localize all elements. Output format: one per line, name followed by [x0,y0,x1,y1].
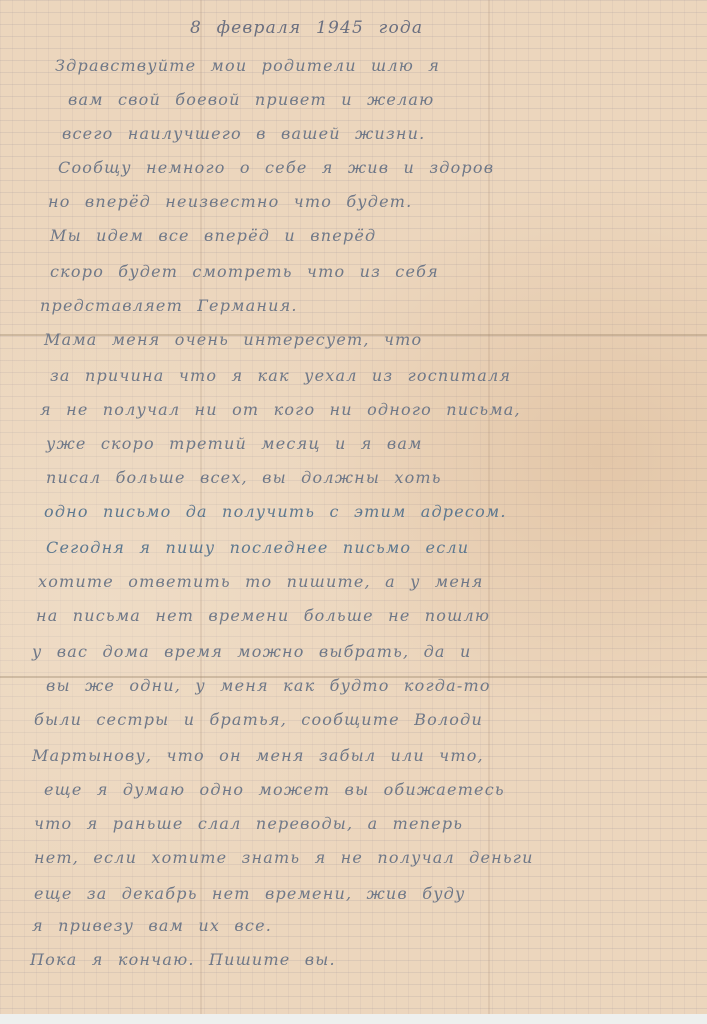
letter-line: еще за декабрь нет времени, жив буду [34,884,466,903]
letter-line: я привезу вам их все. [32,916,272,935]
letter-line: скоро будет смотреть что из себя [50,262,439,281]
letter-line: Мартынову, что он меня забыл или что, [32,746,484,765]
letter-line: что я раньше слал переводы, а теперь [34,814,463,833]
letter-line: вы же одни, у меня как будто когда-то [46,676,491,695]
letter-line: у вас дома время можно выбрать, да и [32,642,471,661]
letter-line: Здравствуйте мои родители шлю я [55,56,440,75]
letter-line: Мы идем все вперёд и вперёд [50,226,376,245]
scan-margin [0,1014,707,1024]
letter-line: я не получал ни от кого ни одного письма… [40,400,521,419]
letter-closing: Пока я кончаю. Пишите вы. [30,950,336,969]
letter-line: хотите ответить то пишите, а у меня [38,572,484,591]
letter-line: но вперёд неизвестно что будет. [48,192,412,211]
letter-line: за причина что я как уехал из госпиталя [50,366,511,385]
letter-date: 8 февраля 1945 года [190,18,423,38]
letter-line: на письма нет времени больше не пошлю [36,606,490,625]
letter-line: писал больше всех, вы должны хоть [46,468,442,487]
letter-line: Сообщу немного о себе я жив и здоров [58,158,494,177]
letter-line: представляет Германия. [40,296,298,315]
letter-line: еще я думаю одно может вы обижаетесь [44,780,505,799]
letter-line: всего наилучшего в вашей жизни. [62,124,425,143]
letter-line: нет, если хотите знать я не получал день… [34,848,534,867]
letter-line: Сегодня я пишу последнее письмо если [46,538,469,557]
letter-page: 8 февраля 1945 года Здравствуйте мои род… [0,0,707,1014]
letter-line: одно письмо да получить с этим адресом. [44,502,507,521]
letter-line: вам свой боевой привет и желаю [68,90,434,109]
letter-line: были сестры и братья, сообщите Володи [34,710,483,729]
letter-line: Мама меня очень интересует, что [44,330,422,349]
letter-line: уже скоро третий месяц и я вам [46,434,423,453]
